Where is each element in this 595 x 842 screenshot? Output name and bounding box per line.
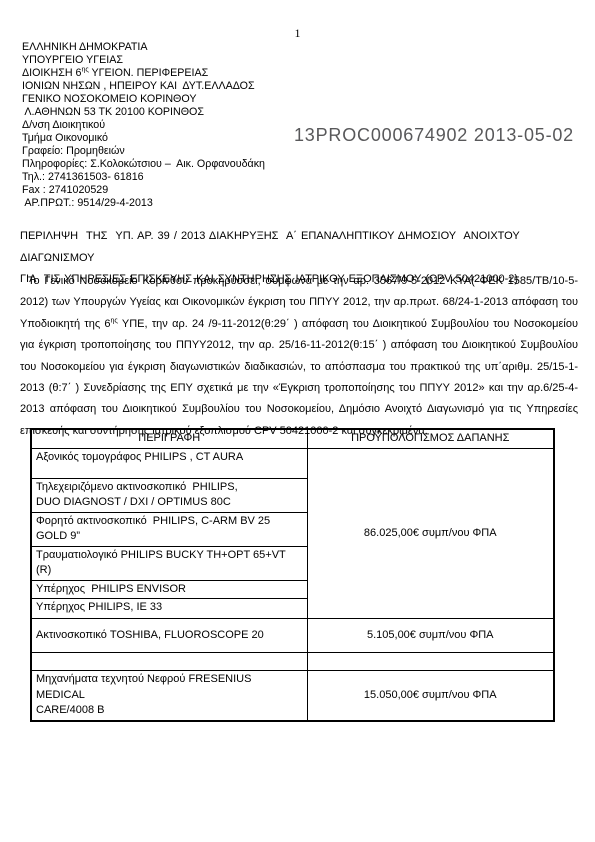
- letterhead: ΕΛΛΗΝΙΚΗ ΔΗΜΟΚΡΑΤΙΑΥΠΟΥΡΓΕΙΟ ΥΓΕΙΑΣΔΙΟΙΚ…: [22, 41, 265, 210]
- equipment-description-cell: Τραυματιολογικό PHILIPS BUCKY TH+OPT 65+…: [31, 546, 307, 580]
- budget-value-cell: 5.105,00€ συμπ/νου ΦΠΑ: [307, 619, 554, 653]
- description-line: Τραυματιολογικό PHILIPS BUCKY TH+OPT 65+…: [36, 548, 303, 579]
- description-line: Υπέρηχος PHILIPS, IE 33: [36, 600, 303, 616]
- letterhead-line: Τμήμα Οικονομικό: [22, 132, 265, 145]
- document-page: 1 ΕΛΛΗΝΙΚΗ ΔΗΜΟΚΡΑΤΙΑΥΠΟΥΡΓΕΙΟ ΥΓΕΙΑΣΔΙΟ…: [0, 0, 595, 842]
- letterhead-line: ΓΕΝΙΚΟ ΝΟΣΟΚΟΜΕΙΟ ΚΟΡΙΝΘΟΥ: [22, 93, 265, 106]
- description-line: Τηλεχειριζόμενο ακτινοσκοπικό PHILIPS,: [36, 480, 303, 496]
- text-segment: ης: [81, 66, 88, 73]
- letterhead-line: Δ/νση Διοικητικού: [22, 119, 265, 132]
- table-header-row: ΠΕΡΙΓΡΑΦΗΠΡΟΫΠΟΛΟΓΙΣΜΟΣ ΔΑΠΑΝΗΣ: [31, 429, 554, 448]
- table-row: Αξονικός τομογράφος PHILIPS , CT AURA86.…: [31, 448, 554, 478]
- equipment-description-cell: Αξονικός τομογράφος PHILIPS , CT AURA: [31, 448, 307, 478]
- text-segment: ΑΡ.ΠΡΩΤ.: 9514/29-4-2013: [22, 197, 153, 209]
- equipment-description-cell: Υπέρηχος PHILIPS, IE 33: [31, 599, 307, 619]
- body-paragraph: Το Γενικό Νοσοκομείο Κορίνθου προκηρύσσε…: [20, 271, 578, 442]
- letterhead-line: ΙΟΝΙΩΝ ΝΗΣΩΝ , ΗΠΕΙΡΟΥ ΚΑΙ ΔΥΤ.ΕΛΛΑΔΟΣ: [22, 80, 265, 93]
- equipment-description-cell: Υπέρηχος PHILIPS ENVISOR: [31, 580, 307, 599]
- text-segment: Πληροφορίες: Σ.Κολοκώτσιου – Αικ. Ορφανο…: [22, 158, 265, 170]
- text-segment: ΓΕΝΙΚΟ ΝΟΣΟΚΟΜΕΙΟ ΚΟΡΙΝΘΟΥ: [22, 93, 196, 105]
- description-line: Ακτινοσκοπικό TOSHIBA, FLUOROSCOPE 20: [36, 628, 303, 644]
- table-row: Ακτινοσκοπικό TOSHIBA, FLUOROSCOPE 205.1…: [31, 619, 554, 653]
- column-header-description: ΠΕΡΙΓΡΑΦΗ: [31, 429, 307, 448]
- text-segment: ΥΓΕΙΟΝ. ΠΕΡΙΦΕΡΕΙΑΣ: [89, 67, 208, 79]
- letterhead-line: Γραφείο: Προμηθειών: [22, 145, 265, 158]
- letterhead-line: ΔΙΟΙΚΗΣΗ 6ης ΥΓΕΙΟΝ. ΠΕΡΙΦΕΡΕΙΑΣ: [22, 67, 265, 80]
- budget-value-cell: 15.050,00€ συμπ/νου ΦΠΑ: [307, 671, 554, 721]
- table-row: Μηχανήματα τεχνητού Νεφρού FRESENIUS MED…: [31, 671, 554, 721]
- description-line: Φορητό ακτινοσκοπικό PHILIPS, C-ARM BV 2…: [36, 514, 303, 545]
- letterhead-line: ΕΛΛΗΝΙΚΗ ΔΗΜΟΚΡΑΤΙΑ: [22, 41, 265, 54]
- description-line: DUO DIAGNOST / DXI / OPTIMUS 80C: [36, 495, 303, 511]
- column-header-budget: ΠΡΟΫΠΟΛΟΓΙΣΜΟΣ ΔΑΠΑΝΗΣ: [307, 429, 554, 448]
- summary-title-line: ΠΕΡΙΛΗΨΗ ΤΗΣ ΥΠ. ΑΡ. 39 / 2013 ΔΙΑΚΗΡΥΞΗ…: [20, 226, 580, 269]
- letterhead-line: Fax : 2741020529: [22, 184, 265, 197]
- text-segment: Λ.ΑΘΗΝΩΝ 53 ΤΚ 20100 ΚΟΡΙΝΘΟΣ: [22, 106, 204, 118]
- text-segment: ΕΛΛΗΝΙΚΗ ΔΗΜΟΚΡΑΤΙΑ: [22, 41, 148, 53]
- text-segment: ΔΙΟΙΚΗΣΗ 6: [22, 67, 81, 79]
- text-segment: ΙΟΝΙΩΝ ΝΗΣΩΝ , ΗΠΕΙΡΟΥ ΚΑΙ ΔΥΤ.ΕΛΛΑΔΟΣ: [22, 80, 255, 92]
- table-row: [31, 653, 554, 671]
- equipment-description-cell: Μηχανήματα τεχνητού Νεφρού FRESENIUS MED…: [31, 671, 307, 721]
- budget-value-cell: [307, 653, 554, 671]
- equipment-description-cell: [31, 653, 307, 671]
- text-segment: Τμήμα Οικονομικό: [22, 132, 108, 144]
- letterhead-line: ΑΡ.ΠΡΩΤ.: 9514/29-4-2013: [22, 197, 265, 210]
- text-segment: ΥΠΕ, την αρ. 24 /9-11-2012(θ:29΄ ) απόφα…: [20, 318, 578, 437]
- letterhead-line: Πληροφορίες: Σ.Κολοκώτσιου – Αικ. Ορφανο…: [22, 158, 265, 171]
- description-line: Αξονικός τομογράφος PHILIPS , CT AURA: [36, 450, 303, 466]
- budget-value-cell: 86.025,00€ συμπ/νου ΦΠΑ: [307, 448, 554, 619]
- text-segment: Γραφείο: Προμηθειών: [22, 145, 125, 157]
- text-segment: ΥΠΟΥΡΓΕΙΟ ΥΓΕΙΑΣ: [22, 54, 123, 66]
- proc-registry-stamp: 13PROC000674902 2013-05-02: [294, 125, 574, 146]
- description-line: Μηχανήματα τεχνητού Νεφρού FRESENIUS MED…: [36, 672, 303, 703]
- description-line: CARE/4008 B: [36, 703, 303, 719]
- letterhead-line: Τηλ.: 2741361503- 61816: [22, 171, 265, 184]
- equipment-description-cell: Τηλεχειριζόμενο ακτινοσκοπικό PHILIPS,DU…: [31, 478, 307, 512]
- letterhead-line: ΥΠΟΥΡΓΕΙΟ ΥΓΕΙΑΣ: [22, 54, 265, 67]
- equipment-description-cell: Ακτινοσκοπικό TOSHIBA, FLUOROSCOPE 20: [31, 619, 307, 653]
- text-segment: ης: [111, 317, 118, 324]
- description-line: Υπέρηχος PHILIPS ENVISOR: [36, 582, 303, 598]
- text-segment: Τηλ.: 2741361503- 61816: [22, 171, 144, 183]
- text-segment: Δ/νση Διοικητικού: [22, 119, 105, 131]
- letterhead-line: Λ.ΑΘΗΝΩΝ 53 ΤΚ 20100 ΚΟΡΙΝΘΟΣ: [22, 106, 265, 119]
- budget-table: ΠΕΡΙΓΡΑΦΗΠΡΟΫΠΟΛΟΓΙΣΜΟΣ ΔΑΠΑΝΗΣ Αξονικός…: [30, 428, 555, 722]
- page-number: 1: [0, 26, 595, 41]
- text-segment: Fax : 2741020529: [22, 184, 108, 196]
- equipment-description-cell: Φορητό ακτινοσκοπικό PHILIPS, C-ARM BV 2…: [31, 512, 307, 546]
